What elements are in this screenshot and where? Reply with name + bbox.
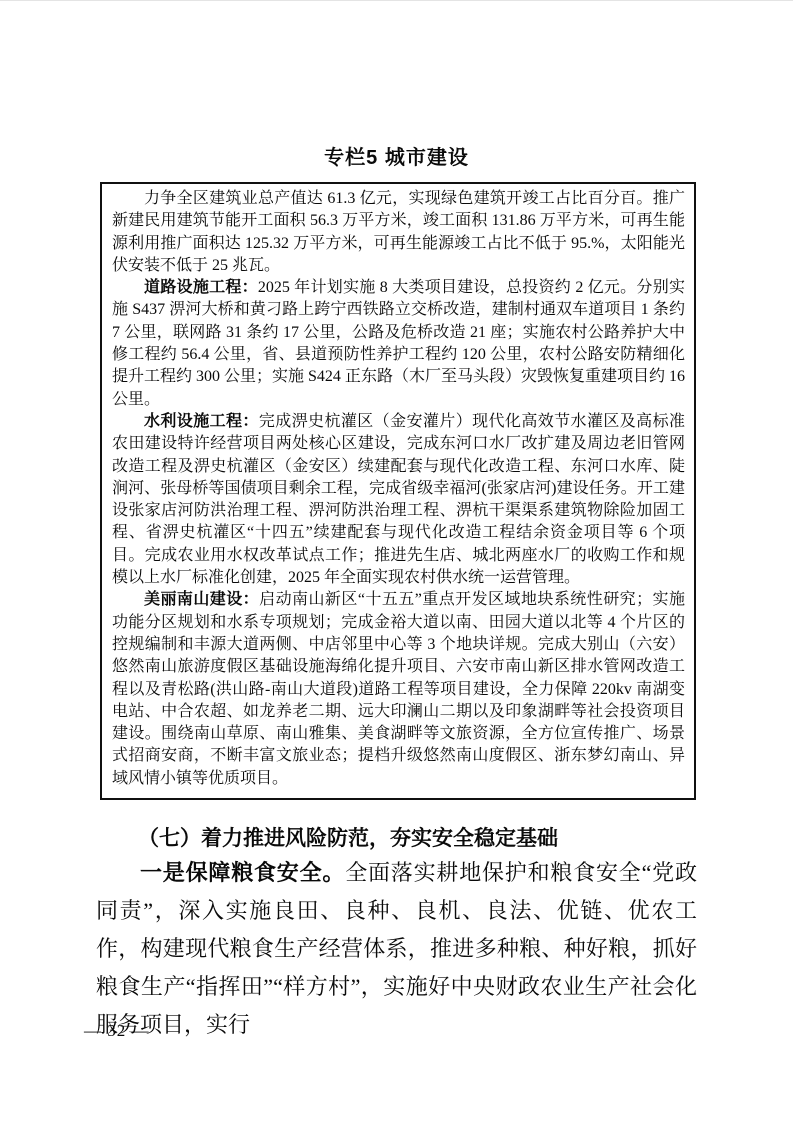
box-paragraph-water: 水利设施工程：完成淠史杭灌区（金安灌片）现代化高效节水灌区及高标准农田建设特许经… — [112, 411, 685, 589]
box-paragraph-roads: 道路设施工程：2025 年计划实施 8 大类项目建设，总投资约 2 亿元。分别实… — [112, 277, 685, 411]
body-paragraph: 一是保障粮食安全。全面落实耕地保护和粮食安全“党政同责”，深入实施良田、良种、良… — [96, 854, 697, 1044]
box-paragraph-nanshan: 美丽南山建设：启动南山新区“十五五”重点开发区域地块系统性研究；实施功能分区规划… — [112, 589, 685, 790]
box-paragraph-text: 启动南山新区“十五五”重点开发区域地块系统性研究；实施功能分区规划和水系专项规划… — [112, 591, 685, 786]
page-number: — 32 — — [84, 1021, 150, 1041]
body-paragraph-lead: 一是保障粮食安全。 — [140, 860, 345, 885]
box-paragraph-text: 力争全区建筑业总产值达 61.3 亿元，实现绿色建筑开竣工占比百分百。推广新建民… — [112, 190, 685, 274]
body-paragraph-text: 全面落实耕地保护和粮食安全“党政同责”，深入实施良田、良种、良机、良法、优链、优… — [96, 860, 697, 1037]
box-paragraph-construction: 力争全区建筑业总产值达 61.3 亿元，实现绿色建筑开竣工占比百分百。推广新建民… — [112, 188, 685, 277]
column-box: 力争全区建筑业总产值达 61.3 亿元，实现绿色建筑开竣工占比百分百。推广新建民… — [100, 182, 696, 800]
box-paragraph-text: 2025 年计划实施 8 大类项目建设，总投资约 2 亿元。分别实施 S437 … — [112, 279, 685, 407]
section-heading: （七）着力推进风险防范，夯实安全稳定基础 — [96, 826, 697, 850]
box-paragraph-text: 完成淠史杭灌区（金安灌片）现代化高效节水灌区及高标准农田建设特许经营项目两处核心… — [112, 413, 685, 586]
box-paragraph-lead: 水利设施工程： — [144, 413, 259, 430]
box-paragraph-lead: 道路设施工程： — [144, 279, 258, 296]
document-page: 专栏5 城市建设 力争全区建筑业总产值达 61.3 亿元，实现绿色建筑开竣工占比… — [0, 1, 793, 1122]
box-paragraph-lead: 美丽南山建设： — [144, 591, 259, 608]
column-title: 专栏5 城市建设 — [0, 1, 793, 171]
